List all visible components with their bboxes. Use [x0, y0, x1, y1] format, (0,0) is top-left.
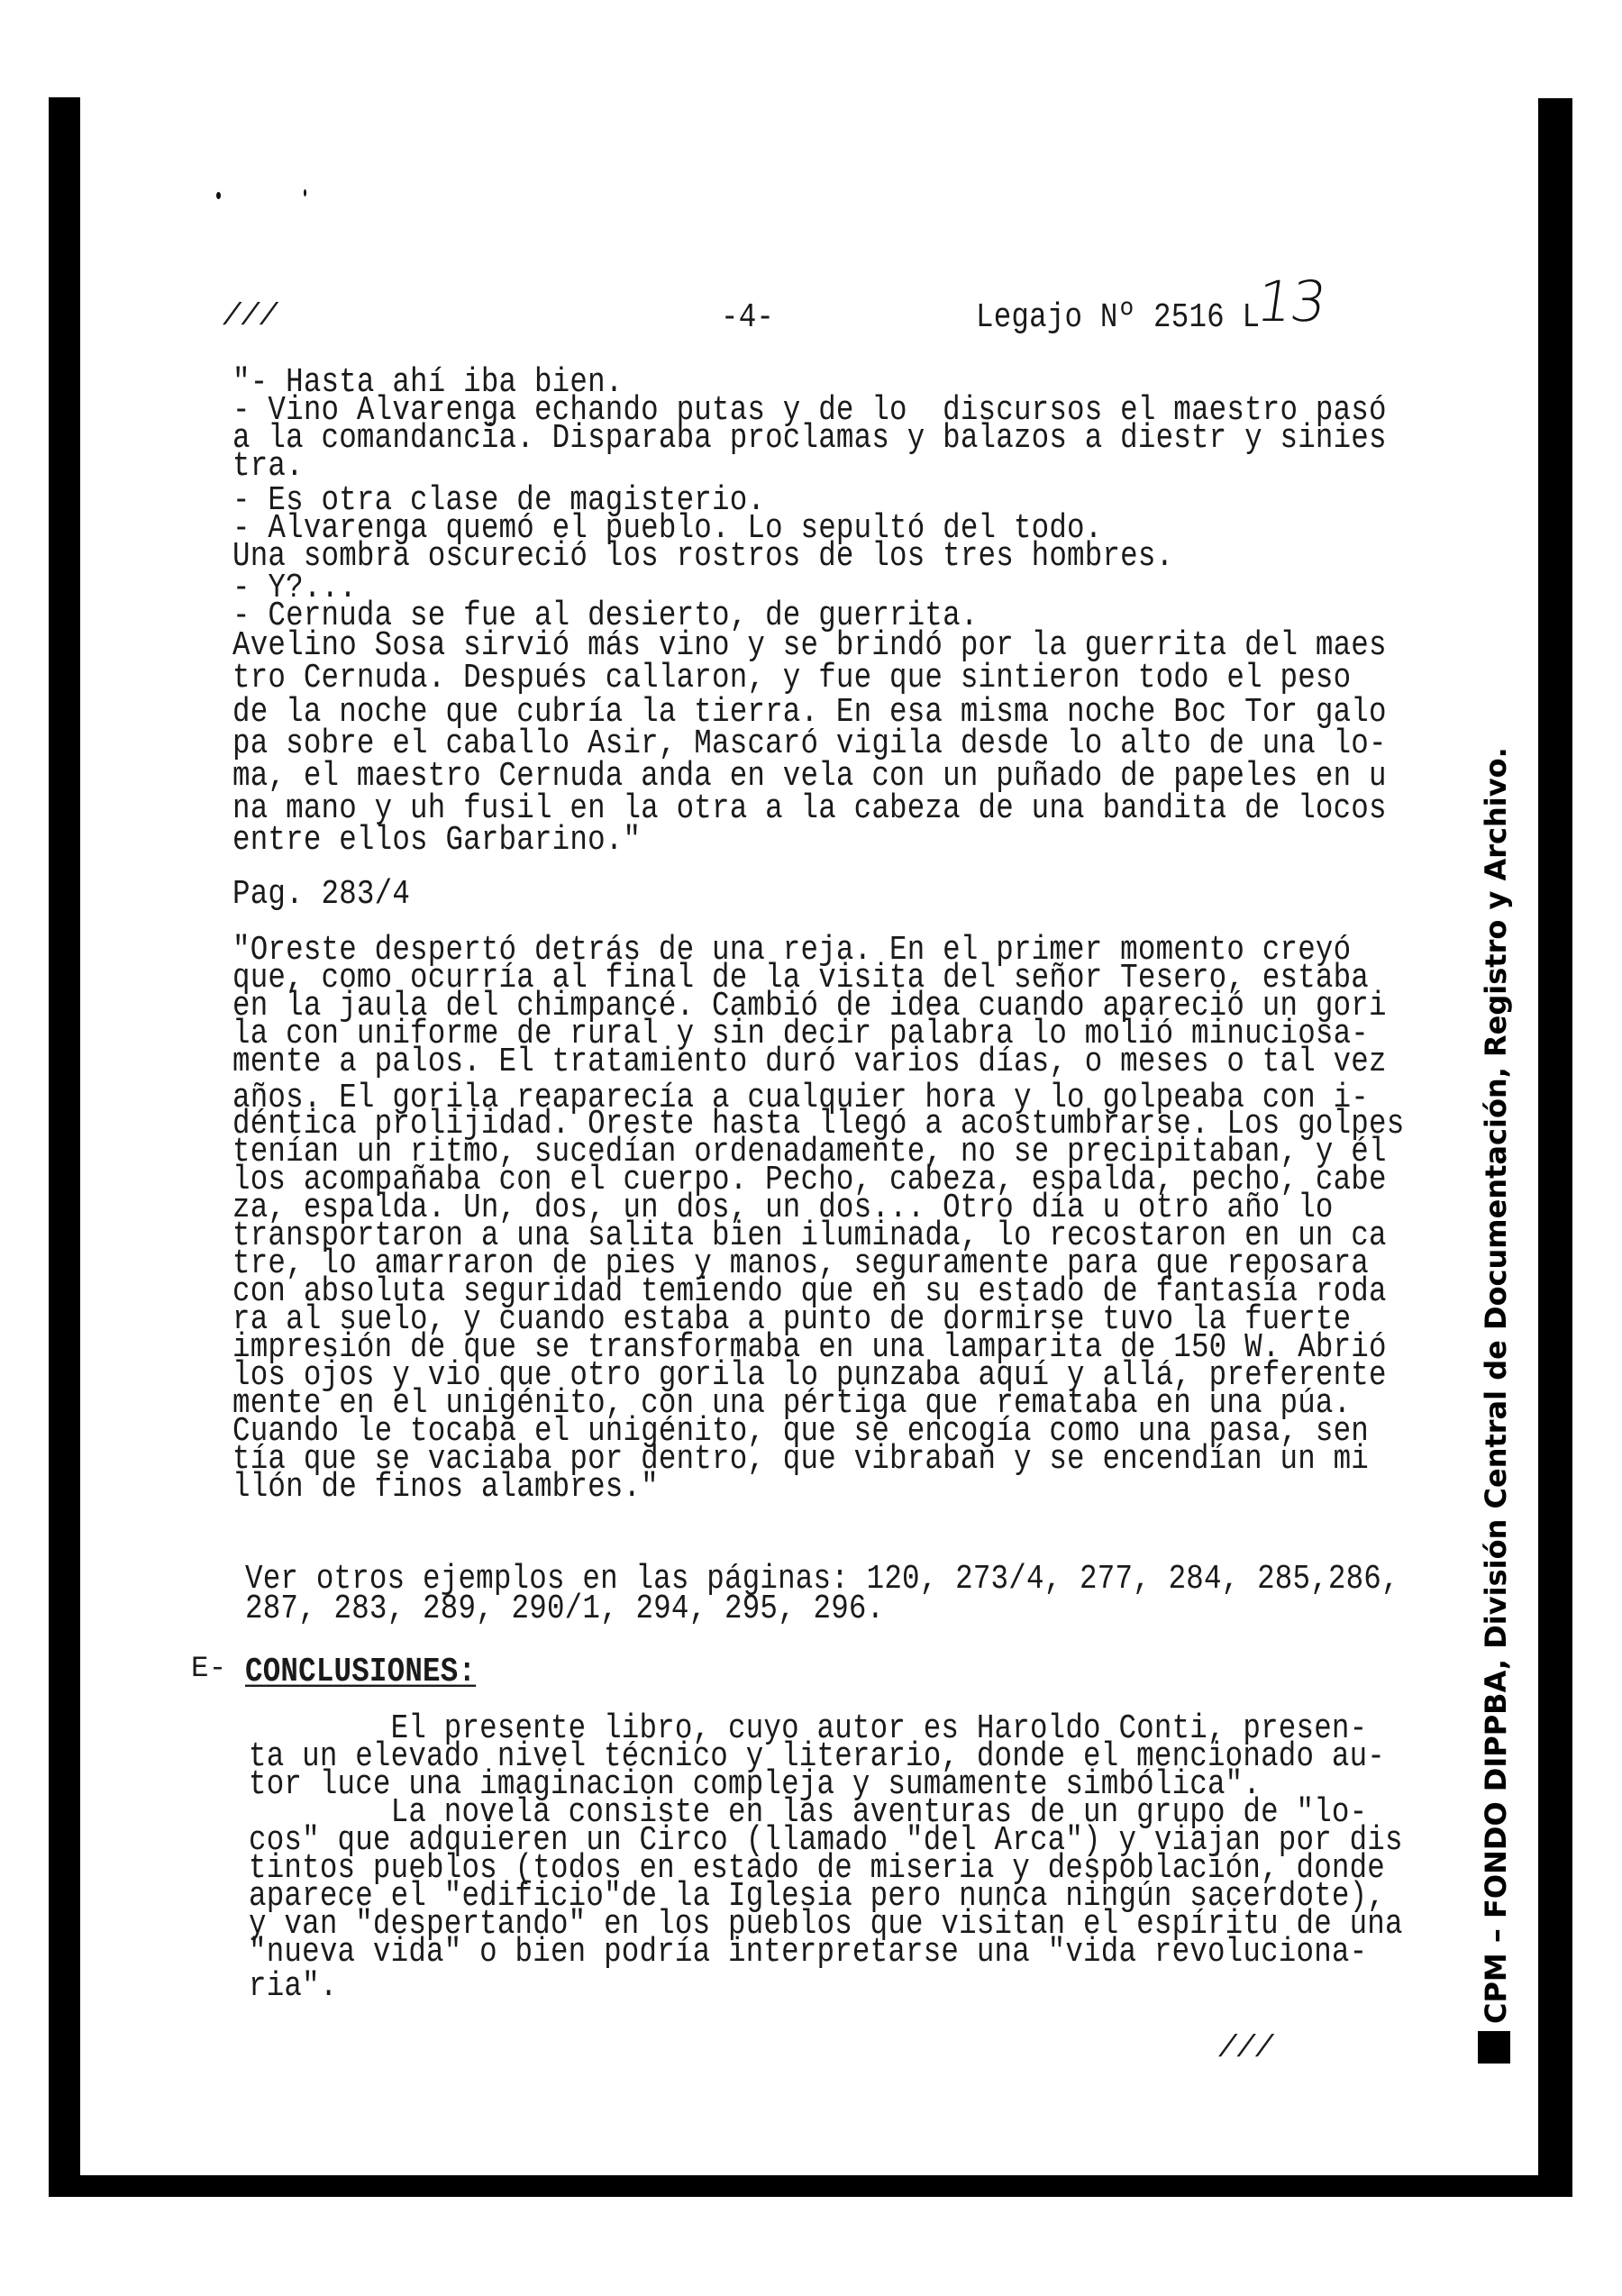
text-line: entre ellos Garbarino." [232, 820, 641, 860]
scan-speck [304, 189, 306, 196]
scan-border-right [1538, 98, 1572, 2197]
section-e-heading: E- [191, 1652, 244, 1685]
text-line: "nueva vida" o bien podría interpretarse… [249, 1932, 1367, 1972]
text-line: 287, 283, 289, 290/1, 294, 295, 296. [245, 1589, 884, 1628]
scan-speck [216, 192, 221, 199]
scanned-document-page: /// -4- Legajo Nº 2516 L 13 "- Hasta ahí… [0, 0, 1622, 2296]
section-title-conclusiones: CONCLUSIONES: [245, 1652, 476, 1691]
archive-stamp: CPM – FONDO DIPPBA, División Central de … [1478, 747, 1513, 2064]
stamp-square-icon [1478, 2031, 1510, 2064]
text-line: Una sombra oscureció los rostros de los … [232, 536, 1173, 576]
archive-stamp-text: CPM – FONDO DIPPBA, División Central de … [1479, 747, 1513, 2024]
text-line: llón de finos alambres." [232, 1467, 659, 1507]
page-number: -4- [721, 297, 774, 337]
handwritten-folio-number: 13 [1253, 269, 1329, 334]
continuation-mark-bottom: /// [1218, 2032, 1273, 2066]
page-reference: Pag. 283/4 [232, 874, 410, 914]
scan-border-left [49, 97, 80, 2197]
legajo-number: Legajo Nº 2516 L [976, 297, 1260, 337]
text-line: mente a palos. El tratamiento duró vario… [232, 1042, 1387, 1081]
section-prefix: E- [191, 1652, 244, 1685]
text-line: a la comandancia. Disparaba proclamas y … [232, 418, 1387, 458]
scan-border-bottom [49, 2175, 1572, 2197]
text-line: ria". [249, 1966, 338, 2006]
continuation-mark-top: /// [223, 300, 278, 334]
